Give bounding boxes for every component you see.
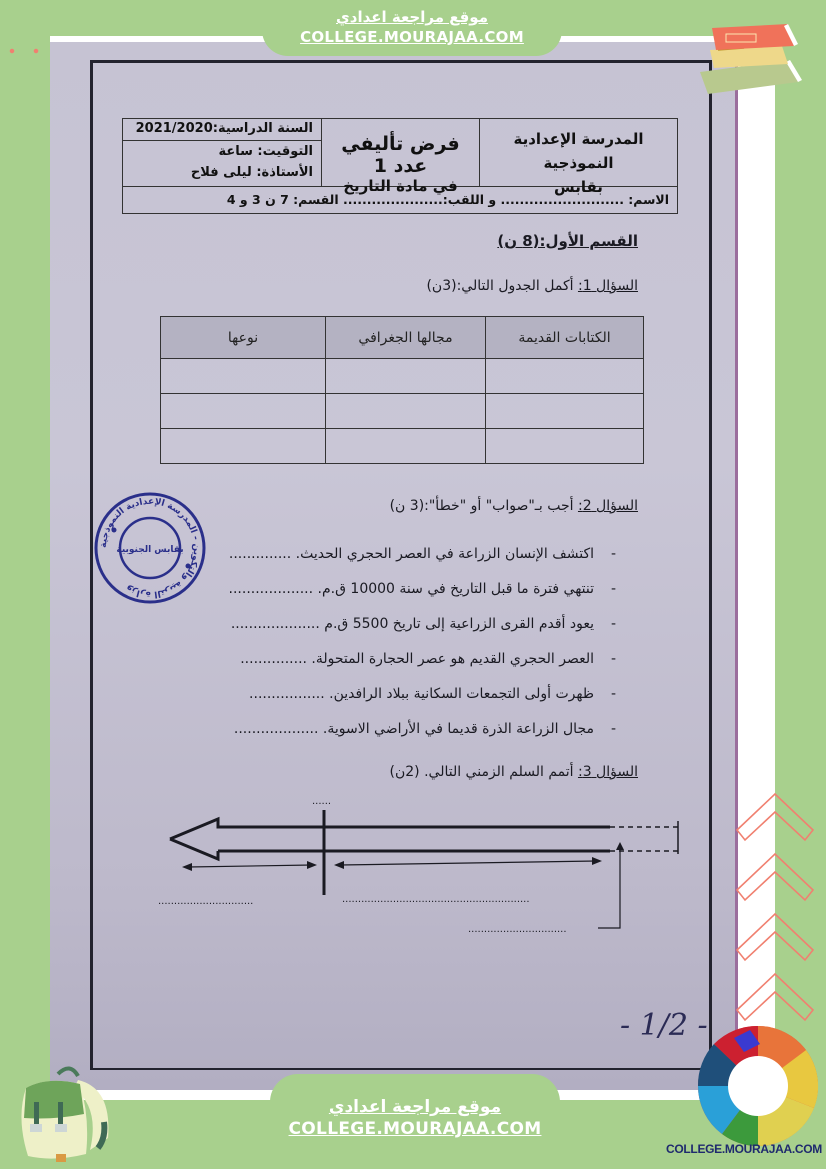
teacher-name: الأستاذة: ليلى فلاح (123, 162, 321, 183)
banner-url[interactable]: COLLEGE.MOURAJAA.COM (270, 1118, 560, 1140)
table-cell[interactable] (486, 429, 644, 464)
banner-arabic-text: موقع مراجعة اعدادي (270, 1096, 560, 1118)
bullet: - (594, 686, 616, 702)
column-header: الكتابات القديمة (486, 317, 644, 359)
banner-url[interactable]: COLLEGE.MOURAJAA.COM (262, 27, 562, 47)
site-banner-bottom[interactable]: موقع مراجعة اعدادي COLLEGE.MOURAJAA.COM (270, 1074, 560, 1169)
site-banner-top[interactable]: موقع مراجعة اعدادي COLLEGE.MOURAJAA.COM (262, 0, 562, 56)
statement-text: مجال الزراعة الذرة قديما في الأراضي الاس… (234, 721, 594, 737)
table-row (161, 359, 644, 394)
school-line-1: المدرسة الإعدادية النموذجية (494, 127, 663, 175)
question-3: السؤال 3: أتمم السلم الزمني التالي. (2ن) (389, 764, 638, 780)
table-cell[interactable] (161, 429, 326, 464)
table-row (161, 429, 644, 464)
question-2-label: السؤال 2: (578, 498, 638, 514)
bullet: - (594, 616, 616, 632)
writings-table: الكتابات القديمة مجالها الجغرافي نوعها (160, 316, 644, 464)
banner-arabic-text: موقع مراجعة اعدادي (262, 7, 562, 27)
list-item[interactable]: -يعود أقدم القرى الزراعية إلى تاريخ 5500… (196, 616, 616, 651)
school-year: السنة الدراسية:2021/2020 (123, 119, 321, 141)
exam-duration: التوقيت: ساعة (123, 141, 321, 162)
column-header: نوعها (161, 317, 326, 359)
table-cell[interactable] (326, 359, 486, 394)
bullet: - (594, 721, 616, 737)
table-cell[interactable] (161, 394, 326, 429)
chevron-up-decoration-icon (735, 790, 825, 1030)
bullet: - (594, 651, 616, 667)
list-item[interactable]: -تنتهي فترة ما قبل التاريخ في سنة 10000 … (196, 581, 616, 616)
table-cell[interactable] (486, 359, 644, 394)
bullet: - (594, 546, 616, 562)
exam-header: المدرسة الإعدادية النموذجية بقابس فرض تأ… (122, 118, 678, 214)
true-false-list: -اكتشف الإنسان الزراعة في العصر الحجري ا… (196, 546, 616, 756)
list-item[interactable]: -العصر الحجري القديم هو عصر الحجارة المت… (196, 651, 616, 686)
statement-text: العصر الحجري القديم هو عصر الحجارة المتح… (240, 651, 594, 667)
wheel-caption[interactable]: COLLEGE.MOURAJAA.COM (664, 1142, 824, 1156)
list-item[interactable]: -اكتشف الإنسان الزراعة في العصر الحجري ا… (196, 546, 616, 581)
table-row (161, 394, 644, 429)
books-icon (690, 10, 810, 100)
statement-text: ظهرت أولى التجمعات السكانية ببلاد الرافد… (249, 686, 594, 702)
timeline-left-blank[interactable]: .............................. (158, 896, 253, 907)
table-cell[interactable] (326, 394, 486, 429)
school-stamp: وزارة التربية والتكوين - المدرسة الإعداد… (92, 490, 208, 606)
question-3-label: السؤال 3: (578, 764, 638, 780)
statement-text: اكتشف الإنسان الزراعة في العصر الحجري ال… (229, 546, 594, 562)
stamp-inner-text: بقابس الجنوبية (116, 545, 183, 555)
question-2-text: أجب بـ"صواب" أو "خطأ":(3 ن) (390, 498, 578, 514)
timeline-diagram: ...... .............................. ..… (150, 790, 690, 940)
education-wheel-logo (694, 1022, 822, 1150)
exam-title-block: فرض تأليفي عدد 1 في مادة التاريخ (321, 119, 479, 186)
backpack-icon (8, 1058, 118, 1166)
bullet: - (594, 581, 616, 597)
question-2: السؤال 2: أجب بـ"صواب" أو "خطأ":(3 ن) (390, 498, 638, 514)
section-title: القسم الأول:(8 ن) (497, 232, 638, 250)
timeline-top-blank[interactable]: ...... (312, 796, 331, 807)
question-3-text: أتمم السلم الزمني التالي. (2ن) (389, 764, 577, 780)
question-1-text: أكمل الجدول التالي:(3ن) (426, 278, 578, 294)
frame-left-band (0, 0, 50, 1169)
list-item[interactable]: -مجال الزراعة الذرة قديما في الأراضي الا… (196, 721, 616, 756)
school-name: المدرسة الإعدادية النموذجية بقابس (479, 119, 677, 186)
question-1: السؤال 1: أكمل الجدول التالي:(3ن) (426, 278, 638, 294)
timeline-right-blank[interactable]: ........................................… (342, 894, 530, 905)
statement-text: يعود أقدم القرى الزراعية إلى تاريخ 5500 … (231, 616, 594, 632)
table-cell[interactable] (161, 359, 326, 394)
exam-title: فرض تأليفي عدد 1 (322, 133, 479, 177)
table-cell[interactable] (486, 394, 644, 429)
timeline-bottom-blank[interactable]: ............................... (468, 924, 567, 935)
list-item[interactable]: -ظهرت أولى التجمعات السكانية ببلاد الراف… (196, 686, 616, 721)
column-header: مجالها الجغرافي (326, 317, 486, 359)
statement-text: تنتهي فترة ما قبل التاريخ في سنة 10000 ق… (229, 581, 594, 597)
student-name-field[interactable]: الاسم: .......................... و اللق… (123, 187, 677, 215)
question-1-label: السؤال 1: (578, 278, 638, 294)
table-cell[interactable] (326, 429, 486, 464)
exam-info: السنة الدراسية:2021/2020 التوقيت: ساعة ا… (123, 119, 321, 186)
